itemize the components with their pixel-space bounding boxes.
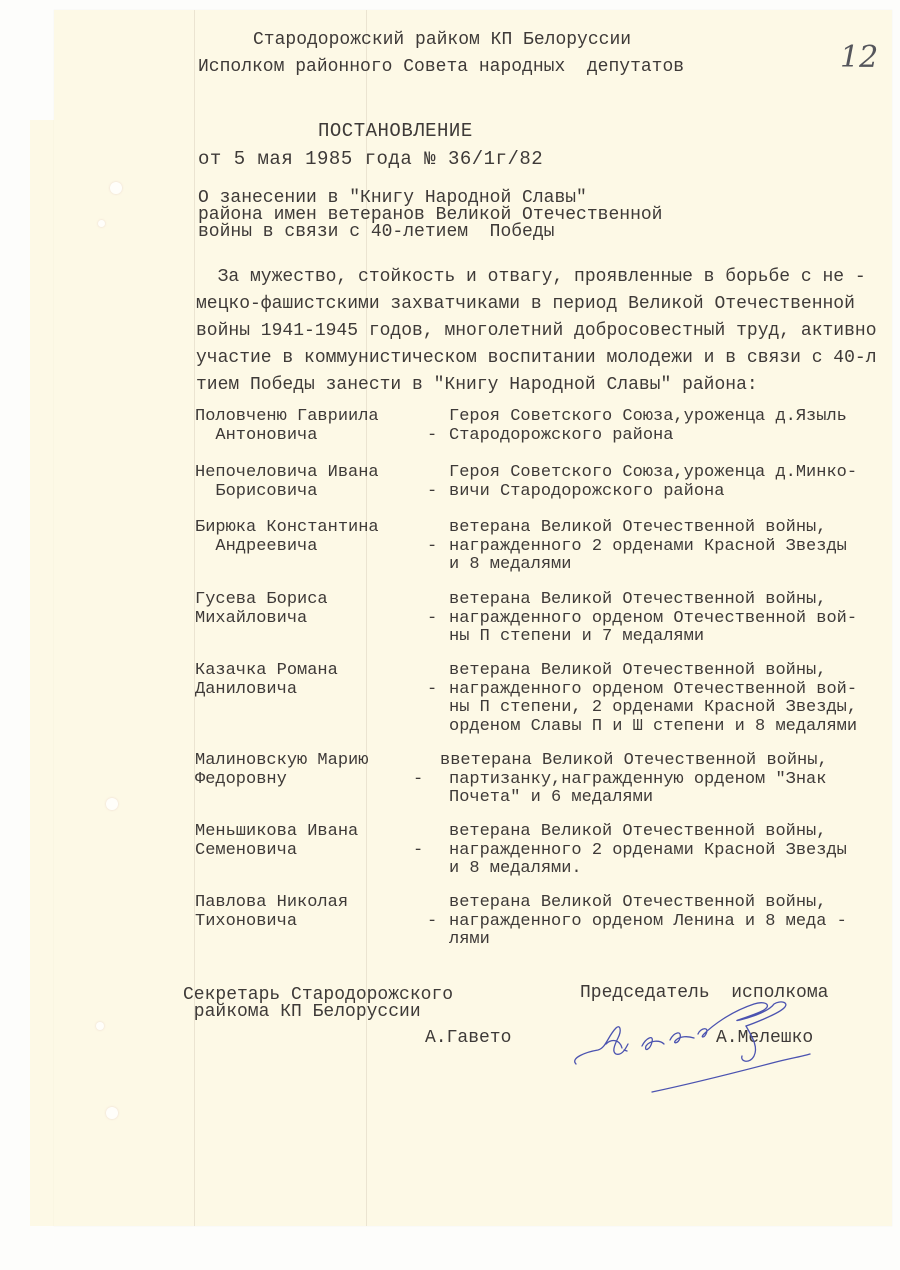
honoree-name: Казачка Романа: [195, 661, 338, 680]
separator-dash: -: [427, 680, 437, 699]
separator-dash: -: [427, 537, 437, 556]
honoree-description: ветерана Великой Отечественной войны,: [449, 518, 826, 537]
header-line-2: Исполком районного Совета народных депут…: [198, 57, 684, 77]
honoree-description: награжденного 2 орденами Красной Звезды: [449, 841, 847, 860]
separator-dash: -: [413, 770, 423, 789]
punch-hole-mark: [98, 220, 105, 227]
date-line: от 5 мая 1985 года № 36/1г/82: [198, 148, 543, 170]
honoree-description: ветерана Великой Отечественной войны,: [449, 893, 826, 912]
body-line: тием Победы занести в "Книгу Народной Сл…: [196, 372, 758, 399]
honoree-name: Гусева Бориса: [195, 590, 328, 609]
separator-dash: -: [427, 609, 437, 628]
honoree-name: Семеновича: [195, 841, 297, 860]
honoree-name: Половченю Гавриила: [195, 407, 379, 426]
honoree-name: Андреевича: [195, 537, 317, 556]
honoree-description: вичи Стародорожского района: [449, 482, 724, 501]
separator-dash: -: [427, 426, 437, 445]
honoree-description: Почета" и 6 медалями: [449, 788, 653, 807]
honoree-description: награжденного орденом Ленина и 8 меда -: [449, 912, 847, 931]
honoree-name: Меньшикова Ивана: [195, 822, 358, 841]
honoree-description: награжденного 2 орденами Красной Звезды: [449, 537, 847, 556]
honoree-description: ны П степени и 7 медалями: [449, 627, 704, 646]
honoree-name: Даниловича: [195, 680, 297, 699]
punch-hole-mark: [110, 182, 122, 194]
subject-line: войны в связи с 40-летием Победы: [198, 224, 554, 241]
header-line-1: Стародорожский райком КП Белоруссии: [253, 30, 631, 50]
honoree-name: Михайловича: [195, 609, 307, 628]
honoree-name: Борисовича: [195, 482, 317, 501]
honoree-description: Героя Советского Союза,уроженца д.Минко-: [449, 463, 857, 482]
separator-dash: -: [427, 912, 437, 931]
honoree-description: ветерана Великой Отечественной войны,: [449, 590, 826, 609]
honoree-description: Героя Советского Союза,уроженца д.Языль: [449, 407, 847, 426]
separator-dash: -: [413, 841, 423, 860]
honoree-description: ветерана Великой Отечественной войны,: [449, 661, 826, 680]
honoree-name: Малиновскую Марию: [195, 751, 368, 770]
honoree-name: Федоровну: [195, 770, 287, 789]
honoree-description: ветерана Великой Отечественной войны,: [449, 822, 826, 841]
punch-hole-mark: [106, 798, 118, 810]
honoree-description: награжденного орденом Отечественной вой-: [449, 680, 857, 699]
honoree-description: ны П степени, 2 орденами Красной Звезды,: [449, 698, 857, 717]
handwritten-signature: [560, 1000, 840, 1095]
honoree-description: и 8 медалями.: [449, 859, 582, 878]
body-line: войны 1941-1945 годов, многолетний добро…: [196, 318, 877, 345]
honoree-name: Бирюка Константина: [195, 518, 379, 537]
body-line: участие в коммунистическом воспитании мо…: [196, 345, 877, 372]
honoree-name: Антоновича: [195, 426, 317, 445]
punch-hole-mark: [96, 1022, 104, 1030]
honoree-description: награжденного орденом Отечественной вой-: [449, 609, 857, 628]
document-title: ПОСТАНОВЛЕНИЕ: [318, 120, 473, 142]
body-line: За мужество, стойкость и отвагу, проявле…: [196, 264, 866, 291]
honoree-name: Непочеловича Ивана: [195, 463, 379, 482]
punch-hole-mark: [106, 1107, 118, 1119]
secretary-title-line-2: райкома КП Белоруссии: [183, 1002, 421, 1022]
honoree-description: и 8 медалями: [449, 555, 571, 574]
separator-dash: -: [427, 482, 437, 501]
honoree-description: орденом Славы П и Ш степени и 8 медалями: [449, 717, 857, 736]
body-line: мецко-фашистскими захватчиками в период …: [196, 291, 855, 318]
honoree-name: Павлова Николая: [195, 893, 348, 912]
honoree-description: лями: [449, 930, 490, 949]
secretary-name: А.Гавето: [425, 1028, 511, 1048]
honoree-description: Стародорожского района: [449, 426, 673, 445]
honoree-description: вветерана Великой Отечественной войны,: [440, 751, 828, 770]
page-number: 12: [840, 40, 878, 75]
honoree-name: Тихоновича: [195, 912, 297, 931]
honoree-description: партизанку,награжденную орденом "Знак: [449, 770, 826, 789]
